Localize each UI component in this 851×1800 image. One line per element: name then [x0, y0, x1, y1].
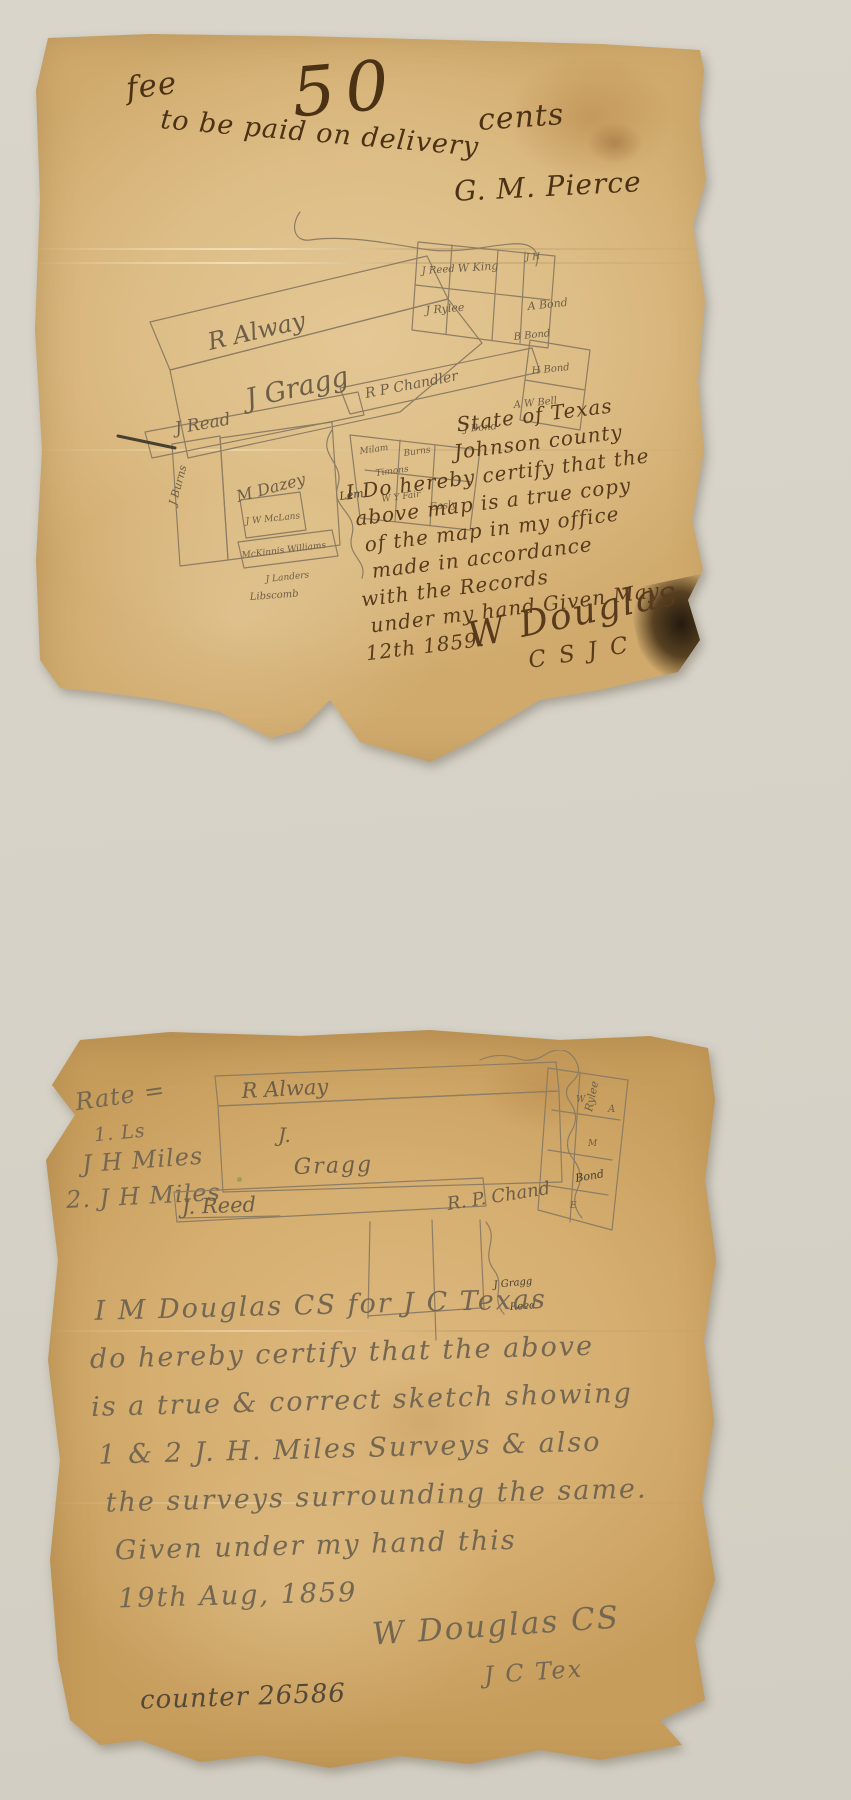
parcel-label: J H — [524, 252, 541, 263]
parcel-label: J. Reed — [177, 1192, 256, 1219]
parcel-label: J Rylee — [423, 301, 465, 318]
bottom-document-paper: Rate = 1. Ls J H Miles 2. J H Miles R Al… — [42, 1030, 734, 1780]
parcel-label: R Alway — [240, 1074, 330, 1103]
parcel-label: A — [607, 1104, 615, 1115]
parcel-label: Bond — [573, 1167, 605, 1185]
parcel-label: McKinnis Williams — [240, 541, 327, 561]
parcel-label: Gragg — [293, 1152, 373, 1180]
parcel-label: M Dazey — [233, 469, 308, 506]
parcel-label: W King — [457, 259, 498, 275]
parcel-outline — [218, 1091, 562, 1192]
parcel-label: J Read — [170, 409, 232, 439]
fee-note-unit: cents — [477, 97, 566, 138]
parcel-grid — [538, 1068, 628, 1230]
photo-of-documents: fee 50 cents to be paid on delivery G. M… — [0, 0, 851, 1800]
parcel-label: J Burns — [166, 463, 190, 508]
grid-lines — [525, 380, 585, 390]
parcel-label: J W McLans — [243, 511, 301, 527]
surveyor-title: J C Tex — [483, 1655, 584, 1690]
fee-note-word: fee — [124, 65, 179, 107]
parcel-label: B Bond — [512, 328, 551, 343]
creek-line — [295, 212, 538, 266]
certification-text: I M Douglas CS for J C Texas do hereby c… — [88, 1273, 651, 1623]
parcel-label: J Landers — [263, 570, 310, 585]
bottom-document: Rate = 1. Ls J H Miles 2. J H Miles R Al… — [42, 1030, 734, 1780]
margin-note: 1. Ls — [93, 1120, 146, 1146]
parcel-label: J. — [274, 1123, 291, 1147]
top-document-paper: fee 50 cents to be paid on delivery G. M… — [30, 28, 722, 768]
counter-number: counter 26586 — [140, 1678, 347, 1715]
top-document: fee 50 cents to be paid on delivery G. M… — [30, 28, 722, 768]
parcel-label: E — [569, 1201, 577, 1211]
parcel-label: Libscomb — [248, 589, 299, 603]
parcel-label: H Bond — [530, 362, 570, 377]
parcel-label: M — [587, 1139, 598, 1149]
parcel-label: W — [576, 1095, 586, 1105]
parcel-label: J Gragg — [238, 361, 352, 416]
